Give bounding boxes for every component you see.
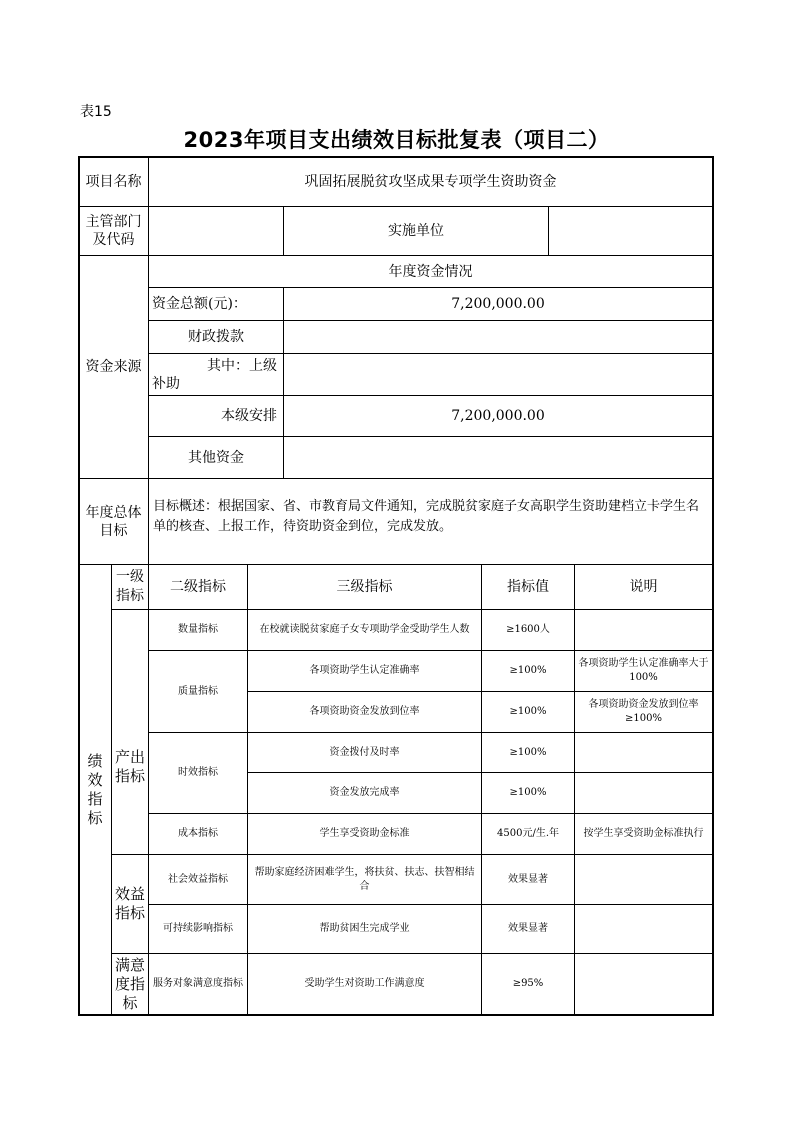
level2-quality: 质量指标 [148,650,248,733]
upper-subsidy-label: 其中：上级 补助 [148,353,284,396]
fiscal-allocation-label: 财政拨款 [148,320,284,354]
level2-sustainability: 可持续影响指标 [148,904,248,954]
level3-cell: 各项资助学生认定准确率 [247,650,482,692]
fiscal-allocation-value [283,320,713,354]
other-funds-value [283,436,713,479]
note-cell: 按学生享受资助金标准执行 [574,813,713,855]
note-cell [574,732,713,773]
dept-label: 主管部门及代码 [78,206,149,256]
funding-section-label: 资金来源 [78,255,149,479]
annual-goal-text: 目标概述：根据国家、省、市教育局文件通知，完成脱贫家庭子女高职学生资助建档立卡学… [148,478,713,565]
level2-timeliness: 时效指标 [148,732,248,814]
level3-cell: 各项资助资金发放到位率 [247,691,482,733]
note-cell [574,904,713,954]
impl-unit-label: 实施单位 [283,206,549,256]
level3-cell: 受助学生对资助工作满意度 [247,953,482,1015]
local-arrangement-value: 7,200,000.00 [283,395,713,437]
upper-subsidy-value [283,353,713,396]
note-cell: 各项资助学生认定准确率大于100% [574,650,713,692]
value-cell: 效果显著 [481,904,575,954]
value-cell: 4500元/生.年 [481,813,575,855]
level3-cell: 学生享受资助金标准 [247,813,482,855]
level3-cell: 帮助家庭经济困难学生，将扶贫、扶志、扶智相结合 [247,854,482,905]
local-arrangement-label: 本级安排 [148,395,284,437]
level3-cell: 帮助贫困生完成学业 [247,904,482,954]
level2-cost: 成本指标 [148,813,248,855]
level3-cell: 资金发放完成率 [247,772,482,814]
value-cell: ≥100% [481,650,575,692]
level2-service-satisfaction: 服务对象满意度指标 [148,953,248,1015]
level3-cell: 在校就读脱贫家庭子女专项助学金受助学生人数 [247,609,482,651]
value-cell: ≥100% [481,732,575,773]
project-name-label: 项目名称 [78,156,149,207]
value-cell: ≥1600人 [481,609,575,651]
other-funds-label: 其他资金 [148,436,284,479]
level1-output: 产出指标 [111,609,149,855]
funding-header: 年度资金情况 [148,255,713,288]
level2-quantity: 数量指标 [148,609,248,651]
project-name-value: 巩固拓展脱贫攻坚成果专项学生资助资金 [148,156,713,207]
note-cell [574,953,713,1015]
value-cell: ≥100% [481,691,575,733]
value-cell: 效果显著 [481,854,575,905]
col-header-level2: 二级指标 [148,564,248,610]
note-cell [574,609,713,651]
upper-subsidy-label-line2: 补助 [152,375,277,393]
note-cell [574,772,713,814]
value-cell: ≥95% [481,953,575,1015]
level1-satisfaction: 满意度指标 [111,953,149,1015]
dept-value [148,206,284,256]
funding-total-label: 资金总额(元)： [148,287,284,321]
col-header-value: 指标值 [481,564,575,610]
value-cell: ≥100% [481,772,575,814]
level2-social-benefit: 社会效益指标 [148,854,248,905]
note-cell: 各项资助资金发放到位率≥100% [574,691,713,733]
upper-subsidy-label-line1: 其中：上级 [152,357,277,375]
level1-benefit: 效益指标 [111,854,149,954]
funding-total-value: 7,200,000.00 [283,287,713,321]
col-header-level3: 三级指标 [247,564,482,610]
col-header-note: 说明 [574,564,713,610]
annual-goal-label: 年度总体目标 [78,478,149,565]
note-cell [574,854,713,905]
level3-cell: 资金拨付及时率 [247,732,482,773]
col-header-level1: 一级指标 [111,564,149,610]
indicators-section-label: 绩效指标 [78,564,112,1015]
performance-table: 项目名称 巩固拓展脱贫攻坚成果专项学生资助资金 主管部门及代码 实施单位 资金来… [0,0,793,1122]
impl-unit-value [548,206,713,256]
